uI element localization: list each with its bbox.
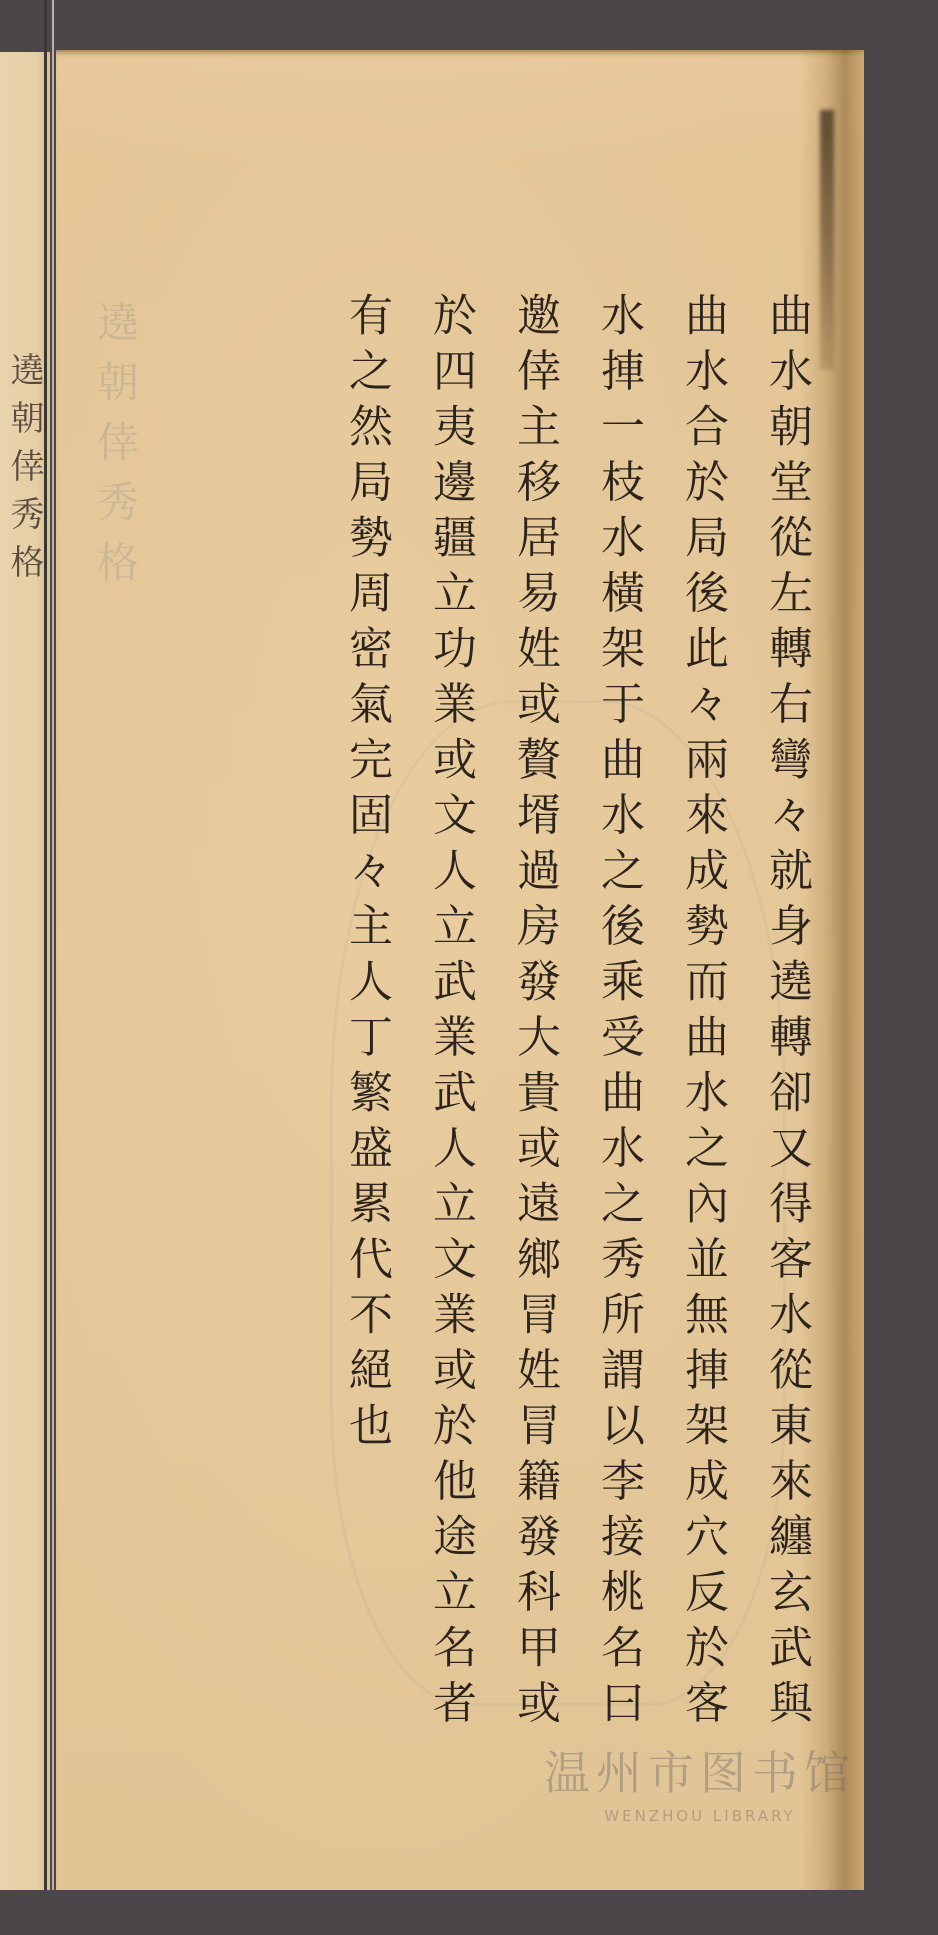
gutter-highlight [52,0,54,1935]
watermark-chinese: 温州市图书馆 [540,1745,860,1801]
watermark-english: WENZHOU LIBRARY [540,1807,860,1825]
gutter-divider [44,0,47,1935]
text-column-1: 曲水朝堂從左轉右彎々就身遶轉卻又得客水從東來纏玄武與 [744,292,828,1735]
text-column-6: 有之然局勢周密氣完固々主人丁繁盛累代不絕也 [324,292,408,1735]
bleed-through-text: 遶朝倖秀格 [90,300,140,600]
left-page-fragment: 遶朝倖秀格 [0,52,50,1917]
text-column-2: 曲水合於局後此々兩來成勢而曲水之內並無捙架成穴反於客 [660,292,744,1735]
main-text-block: 曲水朝堂從左轉右彎々就身遶轉卻又得客水從東來纏玄武與 曲水合於局後此々兩來成勢而… [324,292,828,1735]
text-column-3: 水捙一枝水橫架于曲水之後乘受曲水之秀所謂以李接桃名曰 [576,292,660,1735]
text-column-4: 邀倖主移居易姓或贅壻過房發大貴或遠鄉冐姓冐籍發科甲或 [492,292,576,1735]
left-page-partial-text: 遶朝倖秀格 [4,352,44,592]
library-watermark: 温州市图书馆 WENZHOU LIBRARY [540,1745,860,1825]
background-strip [0,1890,938,1935]
text-column-5: 於四夷邊疆立功業或文人立武業武人立文業或於他途立名者 [408,292,492,1735]
